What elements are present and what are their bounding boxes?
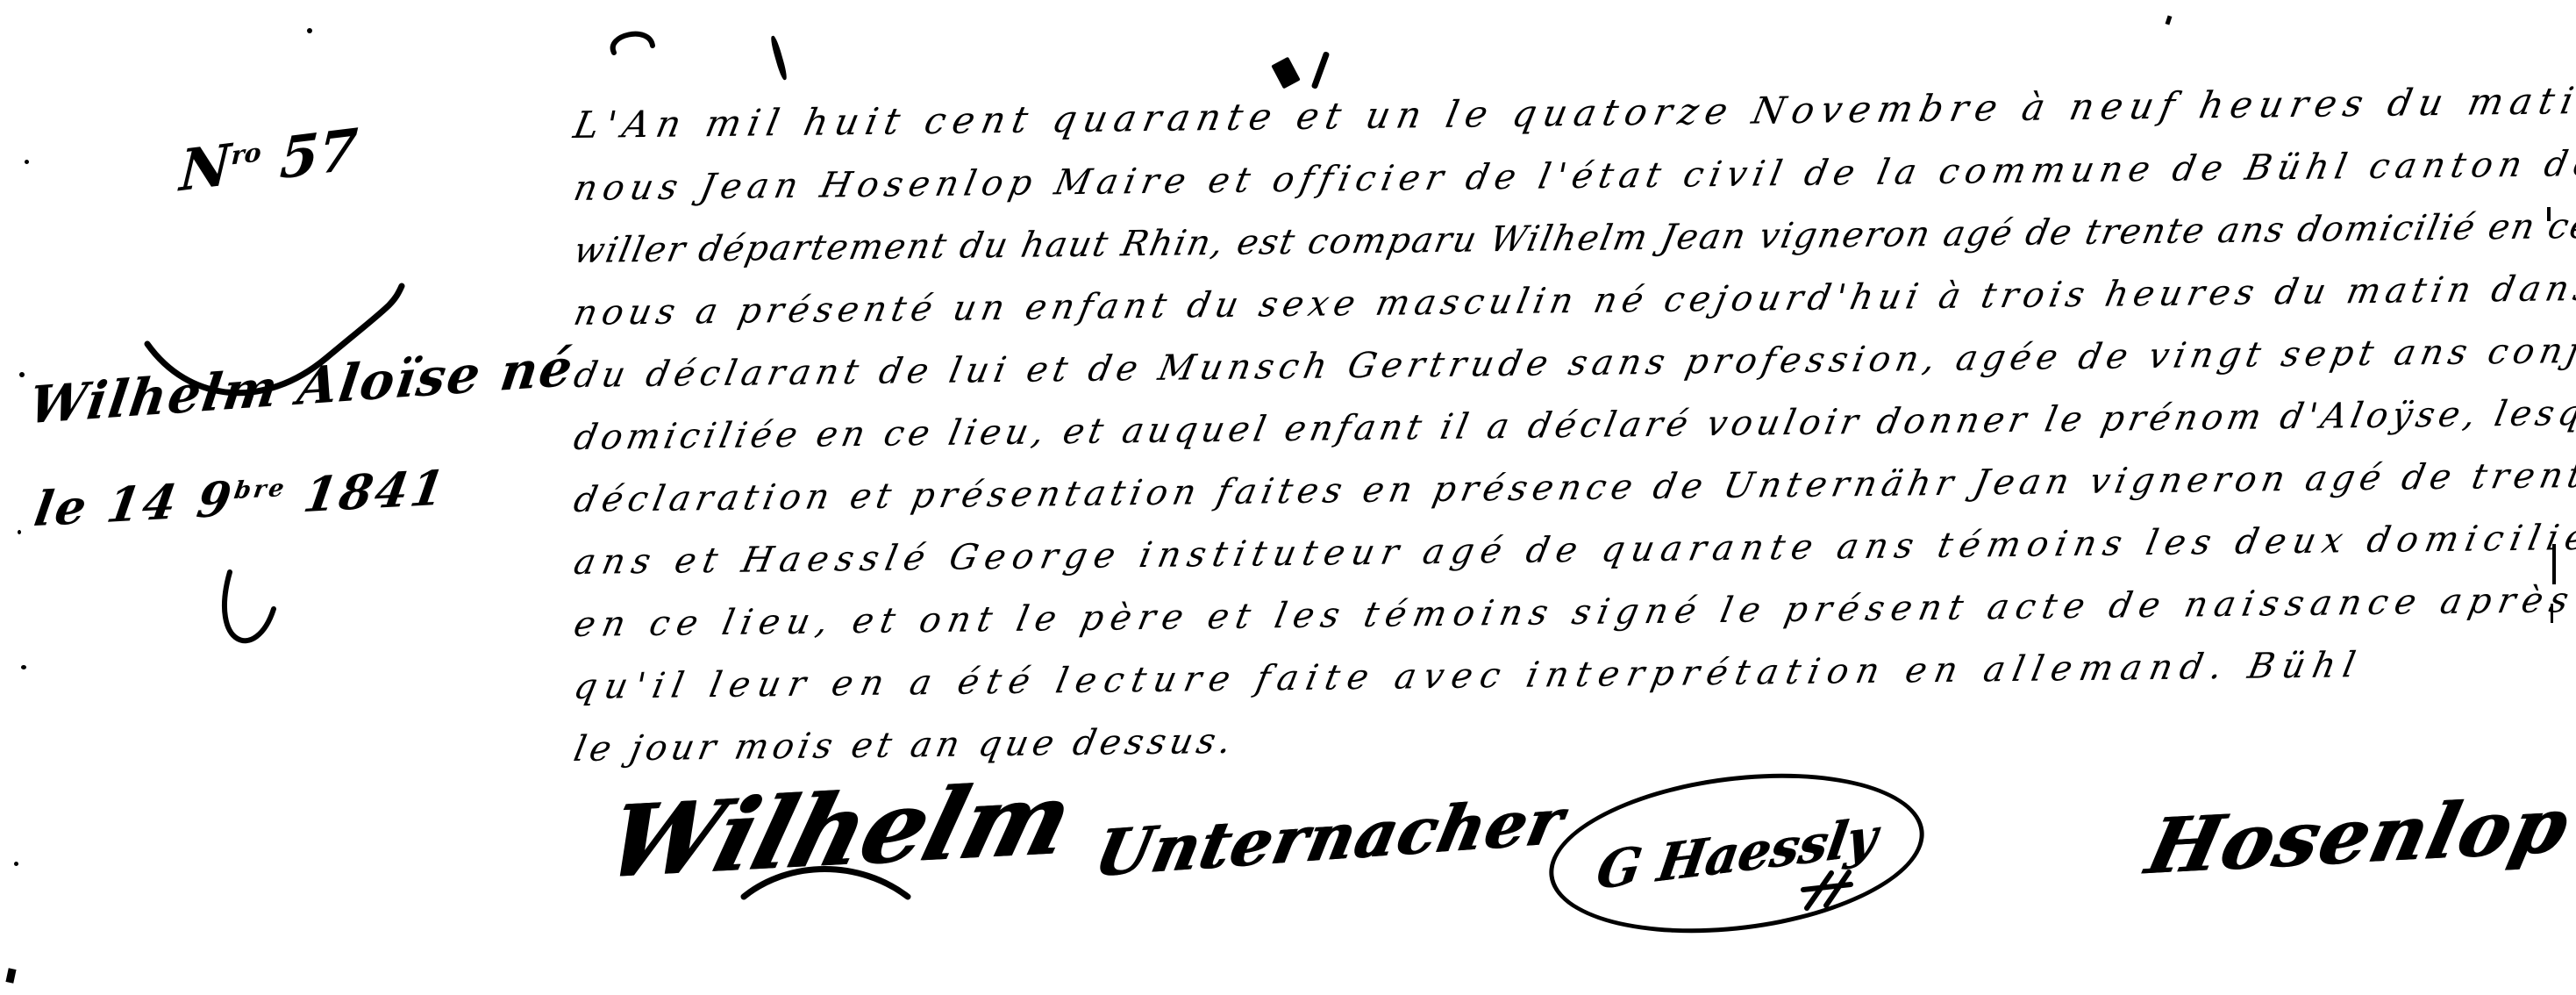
- scan-edge-mark: [2552, 544, 2556, 584]
- act-line-8: ans et Haesslé George instituteur agé de…: [570, 517, 2576, 583]
- scan-speck: [14, 862, 18, 866]
- record-number-prefix: N: [178, 132, 232, 204]
- scan-speck: [307, 28, 312, 33]
- act-line-9: en ce lieu, et ont le père et les témoin…: [570, 580, 2576, 645]
- birth-date-day: le 14 9: [31, 470, 238, 537]
- act-line-3: willer département du haut Rhin, est com…: [570, 204, 2576, 271]
- margin-birth-date: le 14 9bre 1841: [31, 459, 451, 537]
- margin-record-number: Nro 57: [178, 117, 360, 205]
- scan-edge-mark: [2551, 604, 2553, 623]
- scan-speck: [21, 665, 26, 669]
- act-line-1: L'An mil huit cent quarante et un le qua…: [570, 76, 2576, 147]
- act-line-11: le jour mois et an que dessus.: [570, 721, 1238, 770]
- act-line-4: nous a présenté un enfant du sexe mascul…: [570, 266, 2576, 334]
- act-line-10: qu'il leur en a été lecture faite avec i…: [570, 645, 2366, 707]
- scan-speck: [25, 160, 29, 164]
- act-line-5: du déclarant de lui et de Munsch Gertrud…: [570, 329, 2576, 396]
- record-number-superscript: ro: [231, 137, 262, 171]
- act-line-6: domiciliée en ce lieu, et auquel enfant …: [570, 391, 2576, 458]
- margin-child-name: Wilhelm Aloïse né: [25, 337, 578, 435]
- scan-edge-mark: [5, 968, 16, 984]
- record-number-value: 57: [259, 117, 359, 196]
- act-line-2: nous Jean Hosenlop Maire et officier de …: [570, 142, 2576, 209]
- birth-date-year: 1841: [281, 459, 451, 524]
- scan-edge-mark: [2547, 207, 2551, 221]
- signature-haessly: G Haessly: [1593, 805, 1881, 901]
- scanned-birth-record-page: Nro 57 Wilhelm Aloïse né le 14 9bre 1841…: [0, 0, 2576, 995]
- scan-speck: [19, 372, 25, 377]
- birth-date-month-superscript: bre: [232, 475, 289, 505]
- scan-speck: [18, 530, 21, 534]
- act-line-7: déclaration et présentation faites en pr…: [570, 454, 2576, 520]
- margin-date-descender-flourish: [225, 572, 274, 641]
